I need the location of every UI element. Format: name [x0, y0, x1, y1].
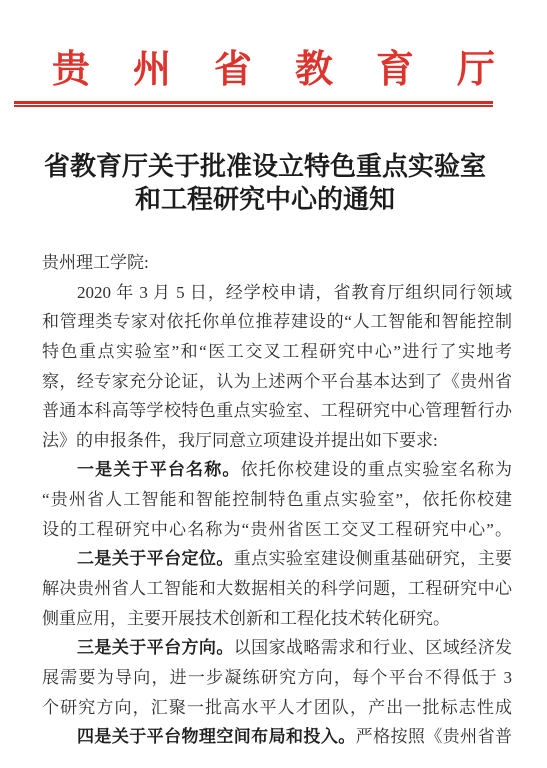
body-line: 展需要为导向，进一步凝练研究方向，每个平台不得低于 3: [42, 663, 512, 693]
body-line-text: 严格按照《贵州省普: [356, 727, 512, 746]
document-page: 贵州省教育厅 省教育厅关于批准设立特色重点实验室 和工程研究中心的通知 贵州理工…: [0, 0, 547, 768]
body-line: 察，经专家充分论证，认为上述两个平台基本达到了《贵州省: [42, 367, 512, 397]
body-line-text: 依托你校建设的重点实验室名称为: [241, 460, 512, 479]
paragraph-lead: 三是关于平台方向。: [77, 638, 234, 657]
body-line: 2020 年 3 月 5 日，经学校申请，省教育厅组织同行领域: [42, 278, 512, 308]
paragraph-lead: 一是关于平台名称。: [77, 460, 241, 479]
letterhead-divider: [14, 101, 493, 107]
body-line: 解决贵州省人工智能和大数据相关的科学问题，工程研究中心: [42, 574, 512, 604]
body-line: 二是关于平台定位。重点实验室建设侧重基础研究，主要: [42, 544, 512, 574]
paragraph-lead: 四是关于平台物理空间布局和投入。: [77, 727, 356, 746]
body-line: 四是关于平台物理空间布局和投入。严格按照《贵州省普: [42, 722, 512, 752]
paragraph-lead: 二是关于平台定位。: [77, 549, 234, 568]
letterhead-title: 贵州省教育厅: [0, 50, 547, 90]
notice-title: 省教育厅关于批准设立特色重点实验室 和工程研究中心的通知: [0, 150, 530, 216]
body-line: 一是关于平台名称。依托你校建设的重点实验室名称为: [42, 455, 512, 485]
body-line: “贵州省人工智能和智能控制特色重点实验室”，依托你校建: [42, 485, 512, 515]
body-line: 三是关于平台方向。以国家战略需求和行业、区域经济发: [42, 633, 512, 663]
body-line: 法》的申报条件，我厅同意立项建设并提出如下要求:: [42, 426, 512, 456]
notice-title-line1: 省教育厅关于批准设立特色重点实验室: [0, 150, 530, 183]
body-line: 个研究方向，汇聚一批高水平人才团队，产出一批标志性成果。: [42, 693, 512, 723]
body-line: 和管理类专家对依托你单位推荐建设的“人工智能和智能控制: [42, 307, 512, 337]
body-line: 特色重点实验室”和“医工交叉工程研究中心”进行了实地考: [42, 337, 512, 367]
body-line: 侧重应用，主要开展技术创新和工程化技术转化研究。: [42, 604, 512, 634]
salutation: 贵州理工学院:: [42, 248, 512, 278]
body-line: 普通本科高等学校特色重点实验室、工程研究中心管理暂行办: [42, 396, 512, 426]
notice-body: 贵州理工学院: 2020 年 3 月 5 日，经学校申请，省教育厅组织同行领域 …: [42, 248, 512, 752]
notice-title-line2: 和工程研究中心的通知: [0, 183, 530, 216]
body-line: 设的工程研究中心名称为“贵州省医工交叉工程研究中心”。: [42, 515, 512, 545]
body-line-text: 以国家战略需求和行业、区域经济发: [234, 638, 512, 657]
body-line-text: 重点实验室建设侧重基础研究，主要: [234, 549, 512, 568]
